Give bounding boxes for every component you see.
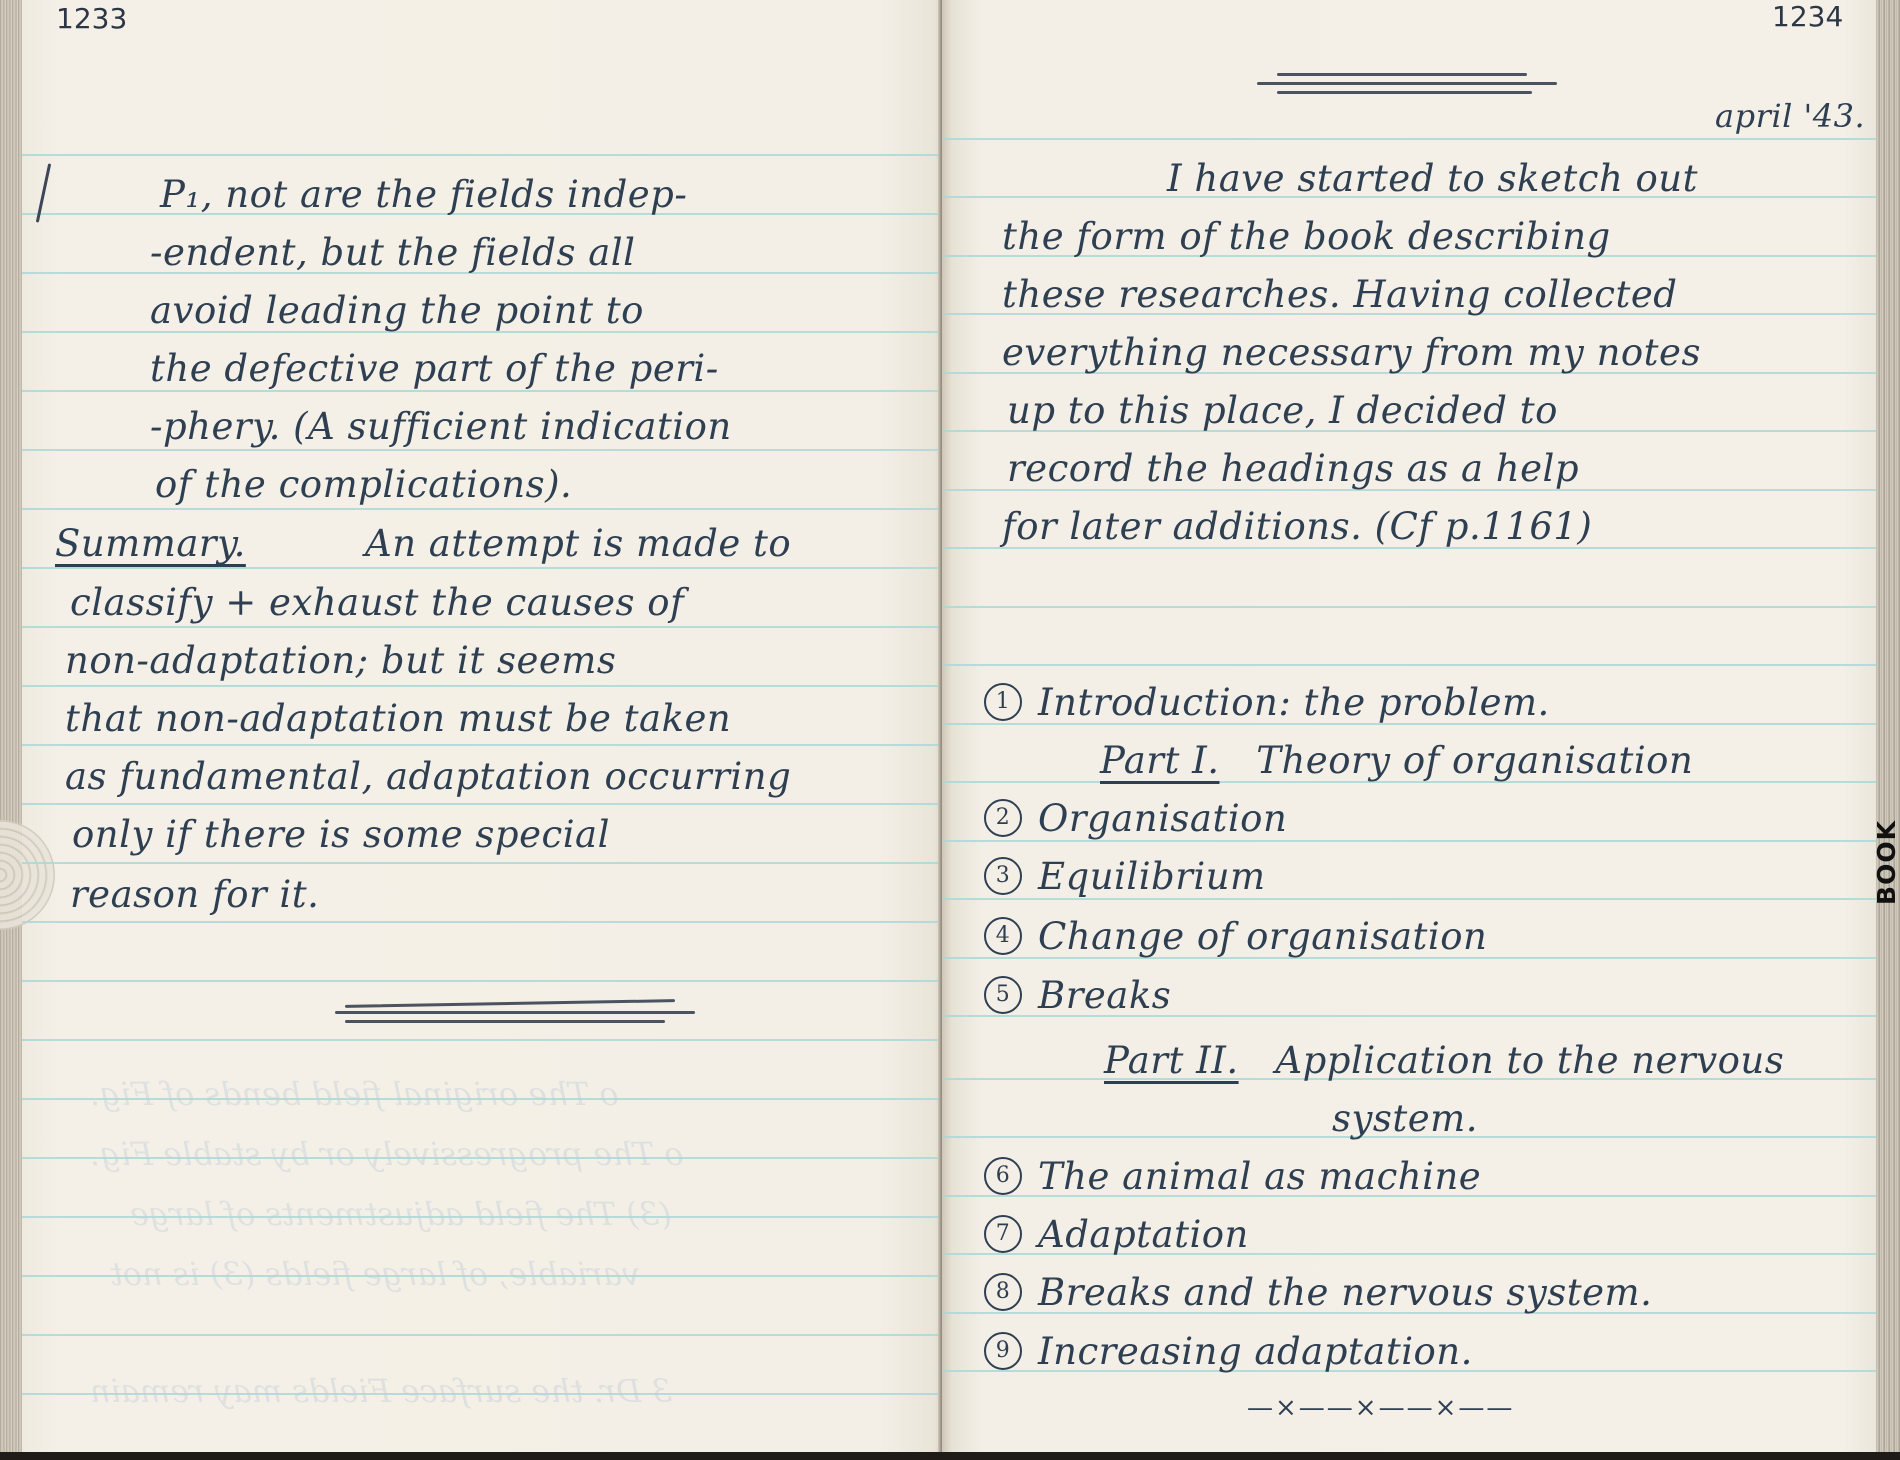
outline-item-5: 5Breaks (984, 977, 1171, 1018)
ruled-line (22, 862, 942, 864)
page-number-right: 1234 (1772, 0, 1843, 33)
ruled-line (22, 921, 942, 923)
outline-item-3: 3Equilibrium (984, 858, 1266, 899)
ruled-line (22, 685, 942, 687)
outline-item-4: 4Change of organisation (984, 918, 1487, 959)
ruled-line (22, 744, 942, 746)
ruled-line (22, 154, 942, 156)
handwritten-line: An attempt is made to (365, 525, 791, 562)
outline-item-2: 2Organisation (984, 800, 1287, 841)
bleed-through-text: o The progressively or by stable Fig. (90, 1135, 684, 1173)
handwritten-line: as fundamental, adaptation occurring (65, 758, 791, 795)
ruled-line (22, 626, 942, 628)
handwritten-line: P₁, not are the fields indep- (160, 176, 687, 213)
circled-number: 6 (984, 1157, 1022, 1195)
page-tab-bump (0, 820, 55, 930)
handwritten-line: of the complications). (155, 466, 572, 503)
left-page: o The original field bends of Fig. o The… (0, 0, 942, 1452)
outline-item-6: 6The animal as machine (984, 1158, 1481, 1199)
outline-item-1: 1Introduction: the problem. (984, 684, 1550, 725)
handwritten-line: the form of the book describing (1002, 218, 1611, 255)
ruled-line (22, 980, 942, 982)
outline-continuation: system. (1332, 1100, 1478, 1137)
end-mark: —×——×——×—— (1247, 1395, 1514, 1421)
section-end-flourish (335, 1002, 695, 1029)
circled-number: 9 (984, 1332, 1022, 1370)
handwritten-line: only if there is some special (72, 816, 610, 853)
circled-number: 5 (984, 976, 1022, 1014)
handwritten-line: everything necessary from my notes (1002, 334, 1701, 371)
bleed-through-text: o The original field bends of Fig. (90, 1075, 619, 1113)
outline-item-7: 7Adaptation (984, 1216, 1249, 1257)
ruled-line (942, 606, 1876, 608)
circled-number: 2 (984, 799, 1022, 837)
circled-number: 8 (984, 1273, 1022, 1311)
handwritten-line: non-adaptation; but it seems (65, 642, 616, 679)
handwritten-line: avoid leading the point to (150, 292, 644, 329)
ruled-line (22, 1039, 942, 1041)
handwritten-line: that non-adaptation must be taken (65, 700, 731, 737)
bleed-through-text: (3) The field adjustments of large (130, 1195, 672, 1233)
page-number-left: 1233 (56, 2, 127, 35)
bleed-through-text: variable, of large fields (3) is not (110, 1255, 640, 1293)
ruled-line (22, 449, 942, 451)
right-page: 1234 april '43. I have started to sketch… (942, 0, 1876, 1452)
bottom-shadow (0, 1452, 1900, 1460)
handwritten-line: these researches. Having collected (1002, 276, 1677, 313)
circled-number: 7 (984, 1215, 1022, 1253)
ruled-line (22, 567, 942, 569)
outline-item-9: 9Increasing adaptation. (984, 1333, 1473, 1374)
outline-part-2: Part II. Application to the nervous (1104, 1042, 1784, 1079)
part-label: Part II. (1104, 1039, 1239, 1082)
ruled-line (942, 664, 1876, 666)
handwritten-line: classify + exhaust the causes of (70, 584, 684, 621)
handwritten-line: I have started to sketch out (1167, 160, 1698, 197)
ruled-line (22, 390, 942, 392)
handwritten-line: the defective part of the peri- (150, 350, 719, 387)
handwritten-line: -phery. (A sufficient indication (150, 408, 732, 445)
outline-part-1: Part I. Theory of organisation (1100, 742, 1693, 779)
bleed-through-text: 3 Dr. the surface Fields may remain (90, 1372, 672, 1410)
left-page-edges (0, 0, 22, 1452)
circled-number: 1 (984, 683, 1022, 721)
ruled-line (22, 1334, 942, 1336)
top-flourish (1257, 73, 1567, 100)
part-label: Part I. (1100, 739, 1220, 782)
circled-number: 3 (984, 857, 1022, 895)
handwritten-line: for later additions. (Cf p.1161) (1002, 508, 1592, 545)
outline-item-8: 8Breaks and the nervous system. (984, 1274, 1652, 1315)
ruled-line (942, 138, 1876, 140)
circled-number: 4 (984, 917, 1022, 955)
handwritten-line: reason for it. (70, 876, 319, 913)
handwritten-line: up to this place, I decided to (1007, 392, 1558, 429)
handwritten-line: record the headings as a help (1007, 450, 1579, 487)
entry-date: april '43. (1715, 100, 1865, 132)
ruled-line (22, 803, 942, 805)
book-stamp: BOOK (1872, 820, 1900, 905)
notebook-spread: o The original field bends of Fig. o The… (0, 0, 1900, 1452)
ruled-line (22, 508, 942, 510)
right-page-edges (1876, 0, 1900, 1452)
handwritten-line: -endent, but the fields all (150, 234, 635, 271)
summary-label: Summary. (55, 525, 246, 562)
